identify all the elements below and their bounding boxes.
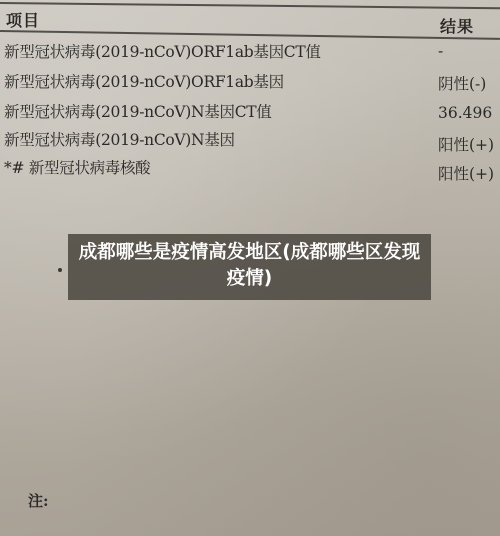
report-row-item: 新型冠状病毒(2019-nCoV)N基因 — [4, 128, 235, 150]
report-row-result: 阳性(+) — [438, 162, 494, 184]
overlay-title-banner: 成都哪些是疫情高发地区(成都哪些区发现疫情) — [68, 234, 431, 300]
report-row-result: 36.496 — [438, 104, 492, 122]
note-label: 注: — [28, 490, 49, 511]
paper-speck-dot — [58, 268, 62, 272]
report-row-item: 新型冠状病毒(2019-nCoV)ORF1ab基因CT值 — [4, 40, 321, 62]
column-header-result: 结果 — [440, 14, 474, 37]
report-row-result: 阳性(+) — [438, 133, 494, 155]
report-row-item: 新型冠状病毒(2019-nCoV)ORF1ab基因 — [4, 70, 284, 92]
overlay-title-text: 成都哪些是疫情高发地区(成都哪些区发现疫情) — [79, 242, 420, 289]
column-header-item: 项目 — [6, 8, 40, 31]
report-row-result: 阴性(-) — [438, 72, 486, 94]
report-row-item: 新型冠状病毒(2019-nCoV)N基因CT值 — [4, 100, 272, 122]
report-row-item: *# 新型冠状病毒核酸 — [4, 156, 150, 178]
report-row-result: - — [438, 42, 443, 60]
